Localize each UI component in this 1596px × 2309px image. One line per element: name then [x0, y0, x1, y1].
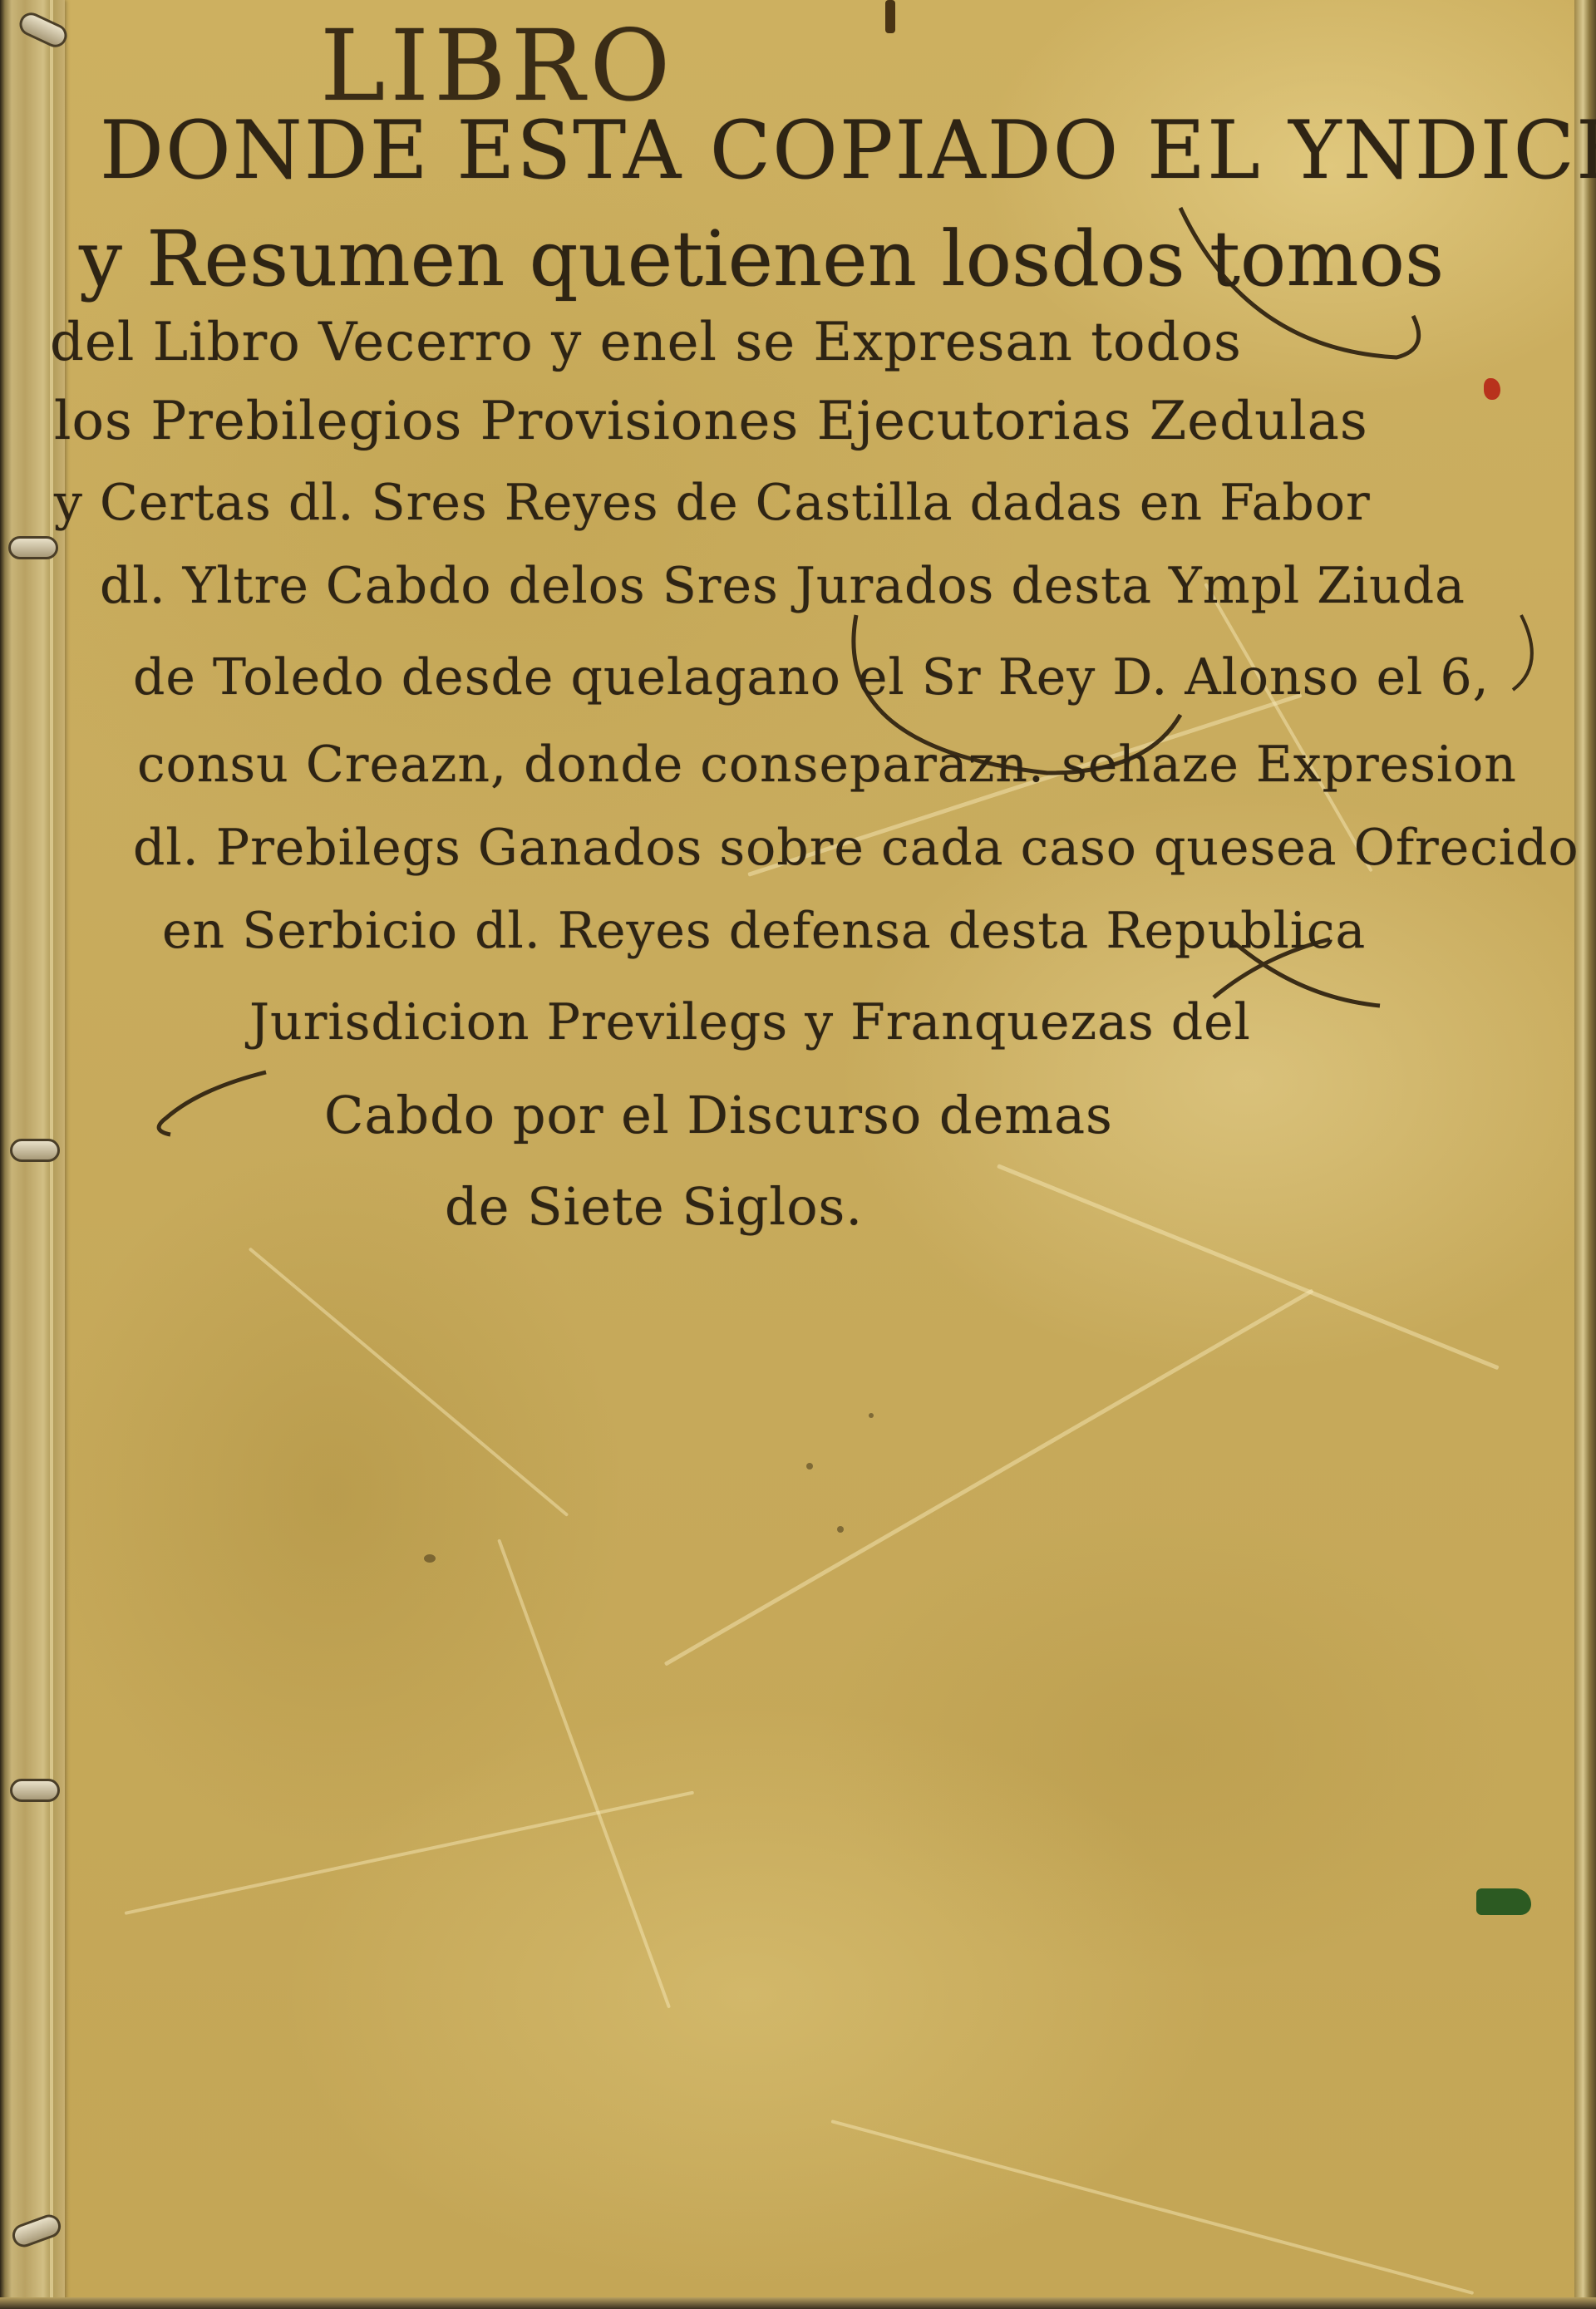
ink-mark — [885, 0, 895, 33]
binding-stitch-icon — [10, 1139, 60, 1162]
title-line: en Serbicio dl. Reyes defensa desta Repu… — [162, 902, 1366, 960]
crease — [830, 2119, 1474, 2295]
manuscript-page: LIBRO DONDE ESTA COPIADO EL YNDICE y Res… — [0, 0, 1596, 2309]
crease — [664, 1288, 1314, 1666]
page-edge-bottom — [0, 2297, 1596, 2309]
crease — [497, 1539, 671, 2008]
title-line: DONDE ESTA COPIADO EL YNDICE — [100, 104, 1596, 197]
title-line: del Libro Vecerro y enel se Expresan tod… — [50, 312, 1242, 373]
title-line: dl. Yltre Cabdo delos Sres Jurados desta… — [100, 557, 1465, 615]
title-line: consu Creazn, donde conseparazn. sehaze … — [137, 736, 1517, 794]
title-line: Cabdo por el Discurso demas — [324, 1085, 1113, 1145]
stain-spot — [806, 1463, 813, 1470]
title-line: Jurisdicion Previlegs y Franquezas del — [249, 993, 1251, 1051]
binding-stitch-icon — [8, 536, 58, 559]
green-mark — [1476, 1888, 1531, 1915]
title-line: de Siete Siglos. — [445, 1176, 863, 1237]
crease — [997, 1164, 1500, 1370]
title-line: dl. Prebilegs Ganados sobre cada caso qu… — [133, 819, 1579, 877]
crease — [125, 1791, 695, 1915]
stain-spot — [837, 1526, 844, 1533]
binding-stitch-icon — [10, 1779, 60, 1802]
crease — [249, 1247, 569, 1516]
title-line: los Prebilegios Provisiones Ejecutorias … — [54, 391, 1368, 452]
title-line: de Toledo desde quelagano el Sr Rey D. A… — [133, 648, 1490, 706]
title-line: y Certas dl. Sres Reyes de Castilla dada… — [54, 474, 1371, 532]
stain-spot — [424, 1554, 436, 1563]
title-line: y Resumen quetienen losdos tomos — [79, 214, 1444, 303]
page-edge-right — [1574, 0, 1596, 2309]
stain-spot — [869, 1413, 874, 1418]
red-wax-mark — [1484, 378, 1500, 400]
